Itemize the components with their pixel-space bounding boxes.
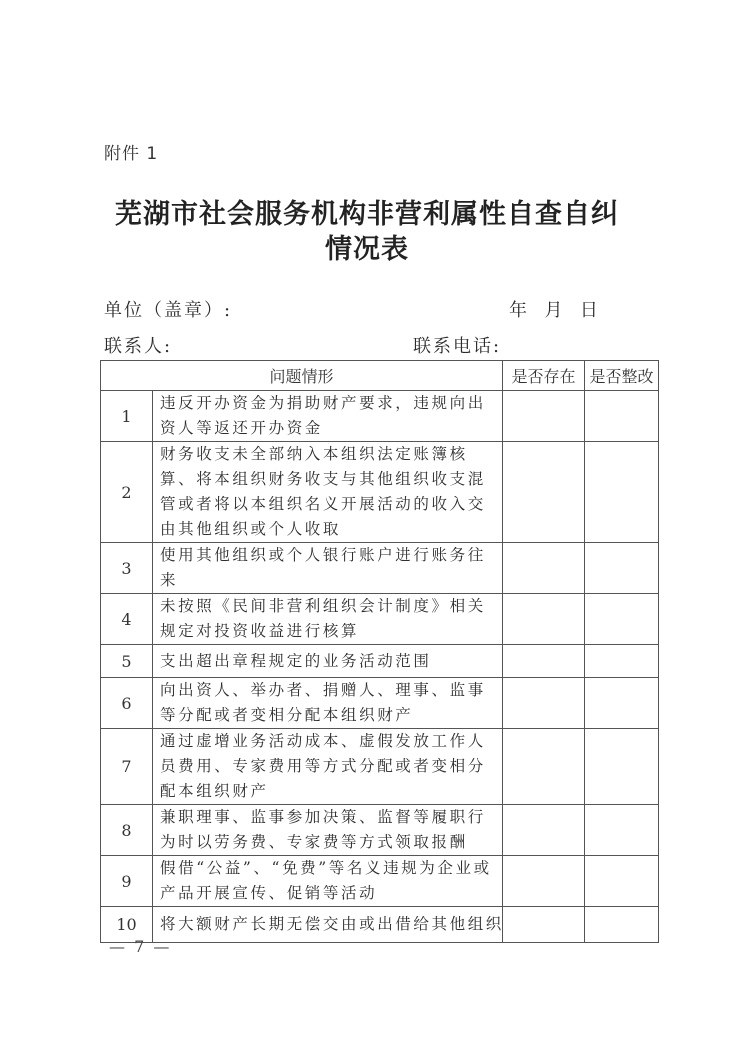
issue-description: 使用其他组织或个人银行账户进行账务往来 bbox=[153, 543, 503, 594]
page-number: — 7 — bbox=[109, 937, 171, 956]
row-number: 1 bbox=[101, 391, 153, 442]
row-number: 2 bbox=[101, 442, 153, 543]
row-number: 8 bbox=[101, 805, 153, 856]
issue-description: 财务收支未全部纳入本组织法定账簿核算、将本组织财务收支与其他组织收支混管或者将以… bbox=[153, 442, 503, 543]
table-row: 1 违反开办资金为捐助财产要求，违规向出资人等返还开办资金 bbox=[101, 391, 659, 442]
table-row: 4 未按照《民间非营利组织会计制度》相关规定对投资收益进行核算 bbox=[101, 594, 659, 645]
rectified-cell[interactable] bbox=[585, 391, 659, 442]
row-number: 7 bbox=[101, 729, 153, 805]
exists-cell[interactable] bbox=[503, 805, 585, 856]
rectified-cell[interactable] bbox=[585, 678, 659, 729]
exists-cell[interactable] bbox=[503, 907, 585, 943]
row-number: 9 bbox=[101, 856, 153, 907]
column-header-issue: 问题情形 bbox=[101, 361, 503, 391]
rectified-cell[interactable] bbox=[585, 805, 659, 856]
column-header-rectified: 是否整改 bbox=[585, 361, 659, 391]
exists-cell[interactable] bbox=[503, 594, 585, 645]
table-row: 10 将大额财产长期无偿交由或出借给其他组织、 bbox=[101, 907, 659, 943]
issue-description: 违反开办资金为捐助财产要求，违规向出资人等返还开办资金 bbox=[153, 391, 503, 442]
issue-description: 兼职理事、监事参加决策、监督等履职行为时以劳务费、专家费等方式领取报酬 bbox=[153, 805, 503, 856]
issue-description: 将大额财产长期无偿交由或出借给其他组织、 bbox=[153, 907, 503, 943]
issue-description: 通过虚增业务活动成本、虚假发放工作人员费用、专家费用等方式分配或者变相分配本组织… bbox=[153, 729, 503, 805]
row-number: 6 bbox=[101, 678, 153, 729]
row-number: 5 bbox=[101, 645, 153, 678]
rectified-cell[interactable] bbox=[585, 856, 659, 907]
column-header-exists: 是否存在 bbox=[503, 361, 585, 391]
exists-cell[interactable] bbox=[503, 729, 585, 805]
table-header-row: 问题情形 是否存在 是否整改 bbox=[101, 361, 659, 391]
exists-cell[interactable] bbox=[503, 645, 585, 678]
attachment-label: 附件 1 bbox=[104, 139, 158, 164]
row-number: 3 bbox=[101, 543, 153, 594]
exists-cell[interactable] bbox=[503, 391, 585, 442]
table-row: 7 通过虚增业务活动成本、虚假发放工作人员费用、专家费用等方式分配或者变相分配本… bbox=[101, 729, 659, 805]
rectified-cell[interactable] bbox=[585, 594, 659, 645]
table-row: 8 兼职理事、监事参加决策、监督等履职行为时以劳务费、专家费等方式领取报酬 bbox=[101, 805, 659, 856]
issue-description: 假借“公益”、“免费”等名义违规为企业或产品开展宣传、促销等活动 bbox=[153, 856, 503, 907]
issue-description: 未按照《民间非营利组织会计制度》相关规定对投资收益进行核算 bbox=[153, 594, 503, 645]
table-row: 6 向出资人、举办者、捐赠人、理事、监事等分配或者变相分配本组织财产 bbox=[101, 678, 659, 729]
exists-cell[interactable] bbox=[503, 678, 585, 729]
contact-person-label: 联系人: bbox=[104, 332, 172, 358]
issue-description: 支出超出章程规定的业务活动范围 bbox=[153, 645, 503, 678]
table-row: 5 支出超出章程规定的业务活动范围 bbox=[101, 645, 659, 678]
contact-phone-label: 联系电话: bbox=[413, 332, 501, 358]
rectified-cell[interactable] bbox=[585, 729, 659, 805]
rectified-cell[interactable] bbox=[585, 907, 659, 943]
document-title-line-2: 情况表 bbox=[0, 227, 742, 266]
table-row: 2 财务收支未全部纳入本组织法定账簿核算、将本组织财务收支与其他组织收支混管或者… bbox=[101, 442, 659, 543]
exists-cell[interactable] bbox=[503, 543, 585, 594]
self-inspection-table: 问题情形 是否存在 是否整改 1 违反开办资金为捐助财产要求，违规向出资人等返还… bbox=[100, 360, 659, 943]
row-number: 4 bbox=[101, 594, 153, 645]
table-row: 9 假借“公益”、“免费”等名义违规为企业或产品开展宣传、促销等活动 bbox=[101, 856, 659, 907]
document-title-line-1: 芜湖市社会服务机构非营利属性自查自纠 bbox=[0, 192, 742, 231]
exists-cell[interactable] bbox=[503, 856, 585, 907]
rectified-cell[interactable] bbox=[585, 645, 659, 678]
issue-description: 向出资人、举办者、捐赠人、理事、监事等分配或者变相分配本组织财产 bbox=[153, 678, 503, 729]
exists-cell[interactable] bbox=[503, 442, 585, 543]
rectified-cell[interactable] bbox=[585, 543, 659, 594]
rectified-cell[interactable] bbox=[585, 442, 659, 543]
table-row: 3 使用其他组织或个人银行账户进行账务往来 bbox=[101, 543, 659, 594]
unit-stamp-label: 单位（盖章）: bbox=[104, 296, 232, 322]
date-label: 年 月 日 bbox=[509, 296, 600, 322]
